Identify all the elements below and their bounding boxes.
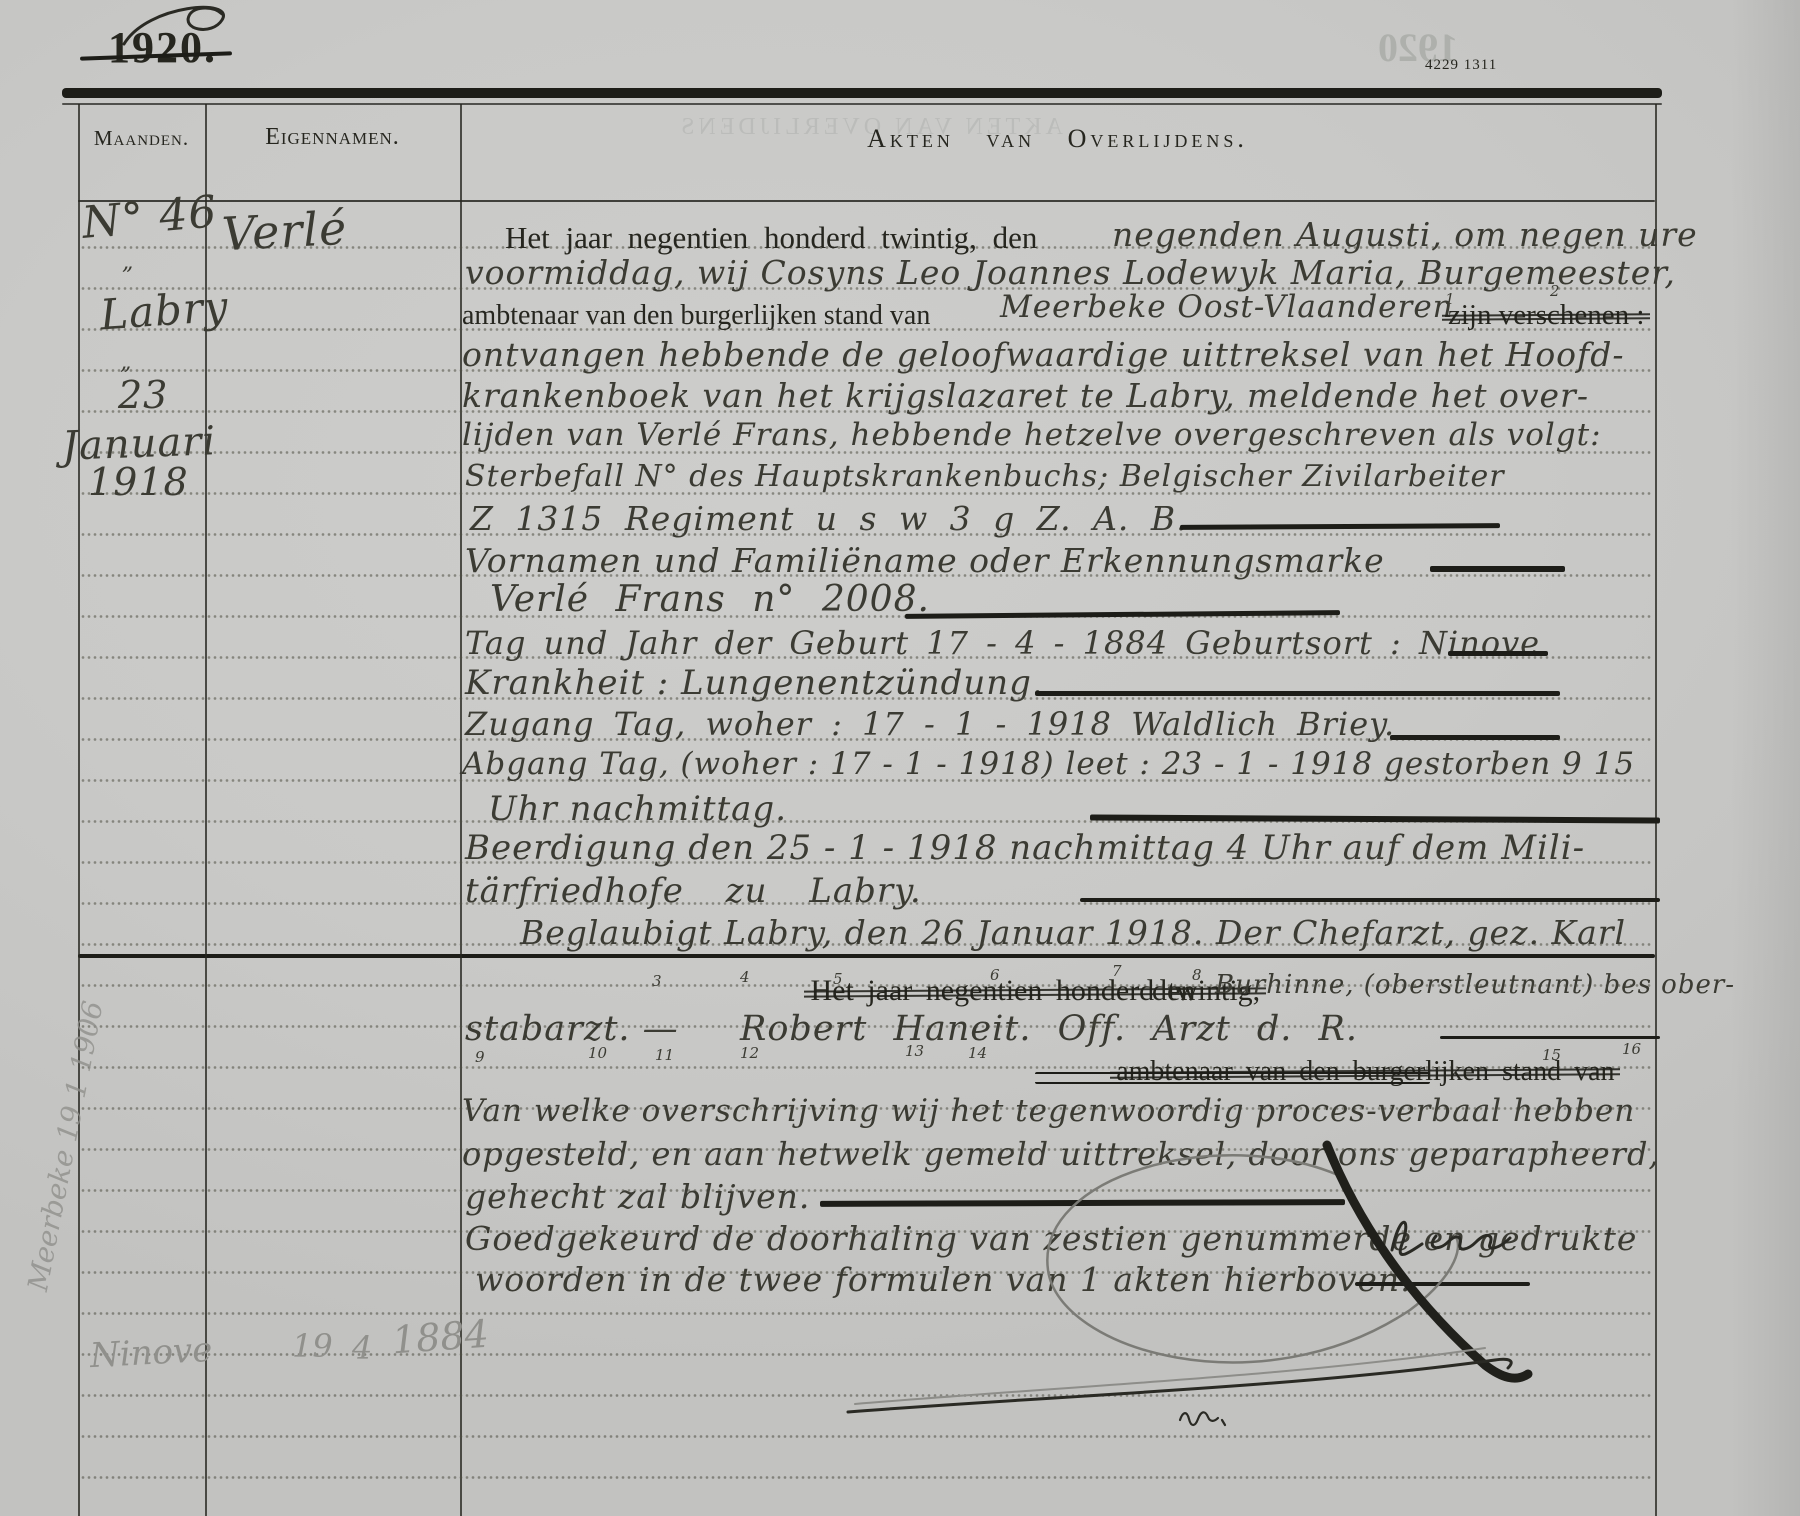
strike-number-12: 12 [740, 1044, 759, 1062]
act-line-3-handwritten: Meerbeke Oost-Vlaanderen [1000, 292, 1454, 323]
act-line-11: Tag und Jahr der Geburt 17 - 4 - 1884 Ge… [465, 627, 1540, 659]
strike-number-5: 5 [833, 970, 843, 988]
act-line-5: krankenboek van het krijgslazaret te Lab… [462, 379, 1589, 412]
register-year: 1920. [108, 26, 217, 70]
strike-number-10: 10 [588, 1044, 607, 1062]
death-place: Labry [99, 286, 230, 337]
act-line-9: Vornamen und Familiëname oder Erkennungs… [465, 544, 1385, 577]
column-header-akten: Akten van Overlijdens. [460, 126, 1655, 152]
strike-number-13: 13 [905, 1042, 924, 1060]
act-line-3-struck-words: zijn verschenen : [1448, 301, 1644, 330]
form-number: 4229 1311 [1425, 58, 1497, 73]
act-number: N° 46 [80, 190, 219, 246]
ink-rule-after-line-13 [1390, 735, 1560, 740]
act-line-2: voormiddag, wij Cosyns Leo Joannes Lodew… [465, 256, 1676, 289]
death-register-scan-page: 1920 AKTEN VAN OVERLIJDENS 1920. 4229 13… [0, 0, 1800, 1516]
act-line-7: Sterbefall N° des Hauptskrankenbuchs; Be… [465, 462, 1505, 492]
act-line-10: Verlé Frans n° 2008. [490, 582, 930, 618]
ink-rule-after-line-11 [1448, 651, 1548, 656]
act-line-18: Beglaubigt Labry, den 26 Januar 1918. De… [520, 916, 1626, 949]
deceased-surname: Verlé [221, 205, 348, 257]
column-header-maanden: Maanden. [78, 128, 205, 149]
act-line-19-handwritten: Burhinne, (oberstleutnant) bes ober- [1215, 972, 1735, 998]
paper-edge-shading [1730, 0, 1800, 1516]
act-line-1-handwritten: negenden Augusti, om negen ure [1112, 218, 1698, 251]
strike-number-2: 2 [1550, 282, 1560, 300]
act-line-6: lijden van Verlé Frans, hebbende hetzelv… [462, 420, 1602, 451]
act-line-16: Beerdigung den 25 - 1 - 1918 nachmittag … [465, 831, 1585, 865]
act-line-13: Zugang Tag, woher : 17 - 1 - 1918 Waldli… [465, 708, 1395, 740]
table-top-heavy-rule [62, 88, 1662, 98]
act-line-19-printed: den [1152, 976, 1195, 1006]
ink-rule-line-21-filler [1035, 1072, 1430, 1084]
ink-rule-after-line-17 [1080, 898, 1660, 902]
strike-number-8: 8 [1192, 966, 1202, 984]
ditto-mark-2: „ [120, 352, 132, 374]
pencil-birth-month: 4 [352, 1332, 372, 1364]
act-line-4: ontvangen hebbende de geloofwaardige uit… [462, 338, 1625, 371]
strike-number-15: 15 [1542, 1046, 1561, 1064]
act-line-17: tärfriedhofe zu Labry. [465, 874, 922, 908]
strike-number-3: 3 [652, 972, 662, 990]
pencil-birth-day: 19 [292, 1330, 333, 1362]
strike-number-1: 1 [1445, 290, 1455, 308]
strike-number-14: 14 [968, 1044, 987, 1062]
death-year: 1918 [88, 463, 189, 501]
act-line-8: Z 1315 Regiment u s w 3 g Z. A. B. [470, 502, 1188, 535]
act-line-20-part-a: stabarzt. — [465, 1012, 679, 1047]
act-line-14: Abgang Tag, (woher : 17 - 1 - 1918) leet… [462, 749, 1635, 780]
strike-number-9: 9 [475, 1048, 485, 1066]
pencil-birthplace: Ninove [89, 1333, 213, 1373]
strike-number-7: 7 [1112, 962, 1122, 980]
act-line-15: Uhr nachmittag. [488, 792, 787, 826]
table-top-thin-rule [62, 103, 1662, 105]
act-line-3-printed: ambtenaar van den burgerlijken stand van [462, 302, 930, 330]
column-header-eigennamen: Eigennamen. [205, 125, 460, 149]
ink-rule-after-line-12 [1035, 691, 1560, 696]
ink-rule-after-line-9 [1430, 566, 1565, 572]
ink-rule-after-line-20 [1440, 1036, 1660, 1039]
strike-number-4: 4 [740, 968, 750, 986]
act-line-20-part-b: Robert Haneit. Off. Arzt d. R. [740, 1012, 1358, 1047]
strike-number-16: 16 [1622, 1040, 1641, 1058]
signature [840, 1120, 1560, 1460]
ditto-mark-1: „ [122, 252, 134, 274]
act-line-12: Krankheit : Lungenentzündung. [465, 666, 1044, 700]
table-border-right [1655, 104, 1657, 1516]
pencil-birth-year: 1884 [391, 1315, 490, 1360]
strike-number-11: 11 [655, 1046, 674, 1064]
act-line-1-printed: Het jaar negentien honderd twintig, den [505, 222, 1037, 253]
death-day: 23 [118, 376, 168, 414]
strike-number-6: 6 [990, 966, 1000, 984]
act-line-24: gehecht zal blijven. [465, 1180, 810, 1213]
